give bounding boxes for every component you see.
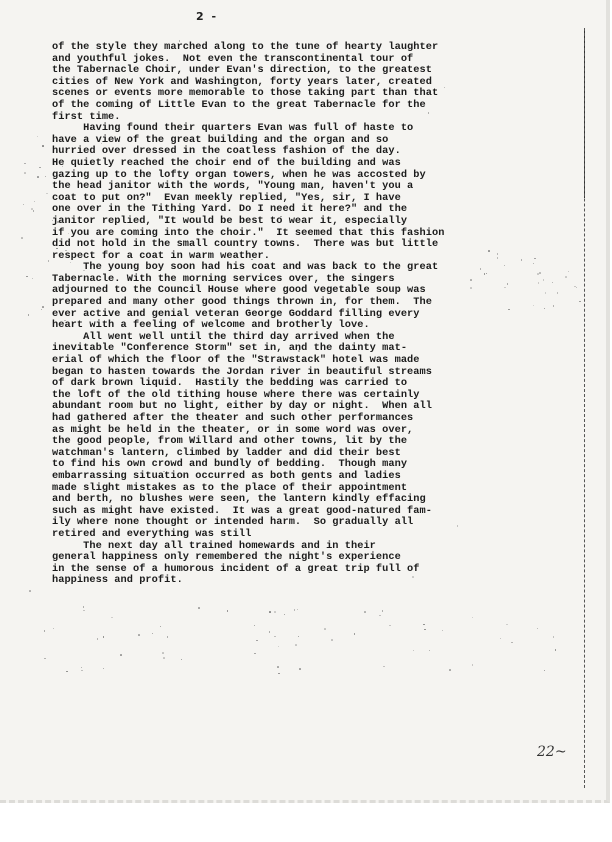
scan-speckle [81, 670, 83, 672]
scan-speckle [480, 268, 482, 270]
scan-speckle [254, 653, 256, 655]
scan-speckle [429, 650, 431, 652]
scan-speckle [67, 291, 69, 293]
scan-speckle [442, 630, 444, 632]
scan-speckle [162, 652, 164, 654]
text-line: general happiness only remembered the ni… [52, 552, 552, 564]
scan-speckle [565, 276, 567, 278]
scan-speckle [331, 639, 333, 641]
scan-speckle [298, 636, 300, 638]
scan-speckle [568, 271, 570, 273]
scan-speckle [354, 633, 356, 635]
scan-speckle [274, 636, 276, 638]
scan-speckle [83, 606, 85, 608]
scan-speckle [413, 650, 415, 652]
text-line: the head janitor with the words, "Young … [52, 181, 552, 193]
scan-speckle [472, 617, 474, 619]
scan-speckle [120, 654, 122, 656]
scan-speckle [24, 163, 26, 165]
scan-speckle [28, 314, 30, 316]
scan-speckle [470, 279, 472, 281]
scan-speckle [539, 272, 541, 274]
scan-speckle [396, 290, 398, 292]
scan-speckle [324, 628, 326, 630]
text-line: erial of which the floor of the "Strawst… [52, 355, 552, 367]
typewritten-body: of the style they marched along to the t… [52, 42, 552, 587]
scan-speckle [41, 309, 43, 311]
scan-speckle [24, 172, 26, 174]
scan-speckle [39, 167, 41, 169]
text-line: of the style they marched along to the t… [52, 42, 552, 54]
text-line: embarrassing situation occurred as both … [52, 471, 552, 483]
scan-speckle [470, 287, 472, 289]
scan-speckle [103, 668, 105, 670]
scan-speckle [295, 644, 297, 646]
scan-speckle [488, 250, 490, 252]
scan-speckle [34, 201, 36, 203]
scan-speckle [33, 210, 35, 212]
scan-speckle [32, 278, 34, 280]
scan-speckle [500, 638, 502, 640]
scan-speckle [424, 629, 426, 631]
scan-speckle [256, 640, 258, 642]
scan-speckle [29, 590, 31, 592]
scan-speckle [46, 193, 48, 195]
scan-speckle [579, 301, 581, 303]
scan-speckle [412, 576, 414, 578]
scan-speckle [274, 611, 276, 613]
scan-speckle [152, 633, 154, 635]
scan-speckle [511, 642, 513, 644]
scan-speckle [138, 634, 140, 636]
text-line: prepared and many other good things thro… [52, 297, 552, 309]
scan-speckle [66, 671, 68, 673]
scan-speckle [42, 145, 44, 147]
scan-speckle [83, 610, 85, 612]
scan-speckle [269, 631, 271, 633]
scan-speckle [538, 282, 540, 284]
scan-speckle [506, 624, 508, 626]
scan-speckle [277, 666, 279, 668]
scan-speckle [58, 286, 60, 288]
scan-speckle [472, 664, 474, 666]
text-line: of the coming of Little Evan to the grea… [52, 100, 552, 112]
scan-speckle [364, 611, 366, 613]
scan-speckle [553, 636, 555, 638]
scan-speckle [423, 624, 425, 626]
scan-speckle [160, 626, 162, 628]
margin-rule-dashed [584, 28, 585, 788]
scan-speckle [42, 306, 44, 308]
scan-speckle [537, 628, 539, 630]
scan-speckle [449, 669, 451, 671]
text-line: retired and everything was still [52, 529, 552, 541]
scan-speckle [557, 292, 559, 294]
scan-speckle [278, 673, 280, 675]
scan-speckle [57, 221, 59, 223]
text-line: had gathered after the theater and such … [52, 413, 552, 425]
scan-speckle [508, 309, 510, 311]
text-line: and berth, no blushes were seen, the lan… [52, 494, 552, 506]
scan-speckle [428, 112, 430, 114]
scan-speckle [198, 607, 200, 609]
scan-speckle [64, 320, 66, 322]
scan-speckle [552, 282, 554, 284]
scan-speckle [284, 614, 286, 616]
text-line: He quietly reached the choir end of the … [52, 158, 552, 170]
scan-speckle [23, 204, 25, 206]
page-number: 22~ [537, 744, 567, 760]
scan-speckle [103, 636, 105, 638]
scan-speckle [254, 625, 256, 627]
top-page-mark: 2 - [196, 10, 218, 23]
scan-speckle [297, 609, 299, 611]
scan-speckle [553, 305, 555, 307]
scan-speckle [181, 659, 183, 661]
text-line: happiness and profit. [52, 575, 552, 587]
scan-speckle [37, 136, 39, 138]
scan-speckle [294, 609, 296, 611]
scan-speckle [21, 237, 23, 239]
text-line: did not hold in the small country towns.… [52, 239, 552, 251]
scan-speckle [227, 610, 229, 612]
scan-speckle [382, 610, 384, 612]
text-line: janitor replied, "It would be best to we… [52, 216, 552, 228]
scan-speckle [37, 176, 39, 178]
scan-speckle [167, 636, 169, 638]
scan-speckle [44, 630, 46, 632]
scan-speckle [383, 666, 385, 668]
scan-speckle [389, 625, 391, 627]
scan-speckle [163, 471, 165, 473]
scan-speckle [318, 410, 320, 412]
scan-speckle [484, 273, 486, 275]
scan-speckle [81, 667, 83, 669]
text-line: Having found their quarters Evan was ful… [52, 123, 552, 135]
scan-speckle [576, 287, 578, 289]
document-page: 2 - of the style they marched along to t… [0, 0, 610, 803]
scan-speckle [45, 176, 47, 178]
scan-speckle [163, 657, 165, 659]
scan-speckle [26, 276, 28, 278]
scan-speckle [111, 617, 113, 619]
scan-speckle [251, 259, 253, 261]
scan-speckle [48, 260, 50, 262]
scan-speckle [53, 628, 55, 630]
scan-speckle [379, 615, 381, 617]
scan-speckle [83, 270, 85, 272]
scan-speckle [555, 649, 557, 651]
scan-speckle [56, 248, 58, 250]
scan-speckle [278, 646, 280, 648]
scan-speckle [31, 208, 33, 210]
scan-speckle [299, 668, 301, 670]
scan-speckle [97, 638, 99, 640]
scan-speckle [269, 611, 271, 613]
scan-speckle [44, 658, 46, 660]
scan-speckle [298, 350, 300, 352]
scan-speckle [544, 670, 546, 672]
